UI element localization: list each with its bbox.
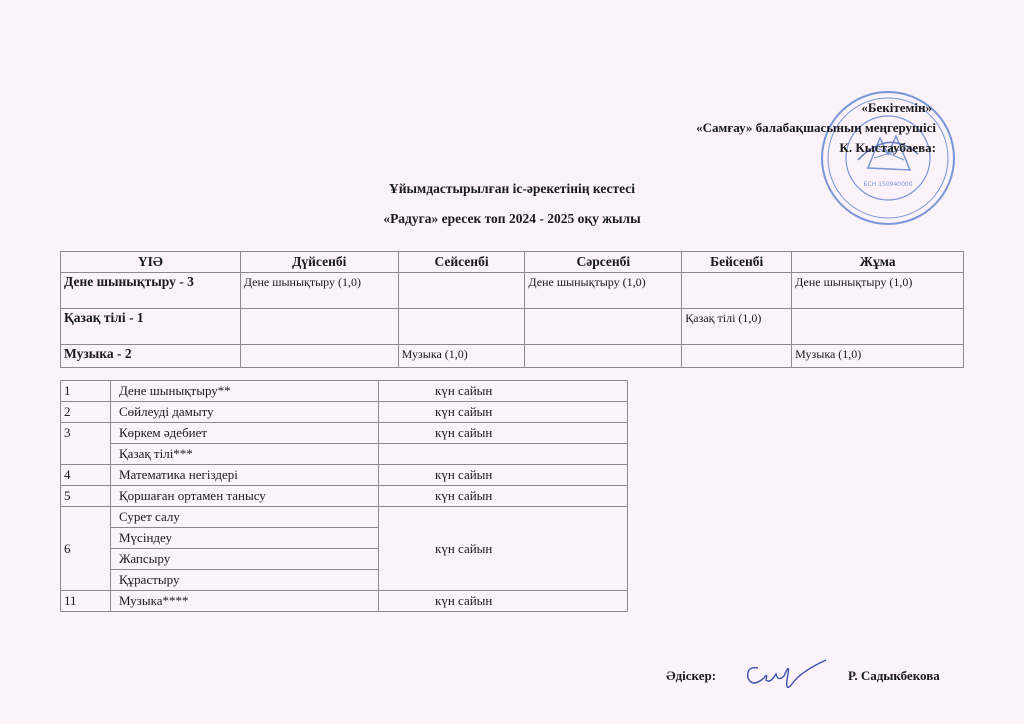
table-header-row: ҮІӘ Дүйсенбі Сейсенбі Сәрсенбі Бейсенбі … [61, 252, 964, 273]
signer-name: Р. Садыкбекова [848, 668, 940, 684]
table-row: 3 Көркем әдебиет күн сайын [61, 423, 628, 444]
header-thursday: Бейсенбі [682, 252, 792, 273]
row-number: 4 [61, 465, 111, 486]
table-row: Қазақ тілі*** [61, 444, 628, 465]
row-number: 11 [61, 591, 111, 612]
table-row: 6 Сурет салу күн сайын [61, 507, 628, 528]
schedule-cell [525, 309, 682, 345]
activity-name: Сөйлеуді дамыту [111, 402, 379, 423]
activity-name: Көркем әдебиет [111, 423, 379, 444]
activity-frequency: күн сайын [379, 402, 628, 423]
table-row: 5 Қоршаған ортамен танысу күн сайын [61, 486, 628, 507]
activity-frequency [379, 444, 628, 465]
header-wednesday: Сәрсенбі [525, 252, 682, 273]
schedule-cell [682, 273, 792, 309]
schedule-cell [525, 345, 682, 368]
schedule-cell: Дене шынықтыру (1,0) [525, 273, 682, 309]
weekly-schedule-table: ҮІӘ Дүйсенбі Сейсенбі Сәрсенбі Бейсенбі … [60, 251, 964, 368]
approval-position: «Самғау» балабақшасының меңгерушісі [696, 118, 936, 138]
activity-name: Музыка**** [111, 591, 379, 612]
activity-name: Математика негіздері [111, 465, 379, 486]
row-number: 6 [61, 507, 111, 591]
activity-frequency: күн сайын [379, 591, 628, 612]
title-line-2: «Радуга» ересек топ 2024 - 2025 оқу жылы [0, 204, 1024, 234]
table-row: 2 Сөйлеуді дамыту күн сайын [61, 402, 628, 423]
header-monday: Дүйсенбі [240, 252, 398, 273]
table-row: 11 Музыка**** күн сайын [61, 591, 628, 612]
schedule-cell [240, 345, 398, 368]
schedule-cell [398, 273, 525, 309]
subject-cell: Музыка - 2 [61, 345, 241, 368]
header-friday: Жұма [792, 252, 964, 273]
subject-cell: Дене шынықтыру - 3 [61, 273, 241, 309]
table-row: Дене шынықтыру - 3 Дене шынықтыру (1,0) … [61, 273, 964, 309]
title-line-1: Ұйымдастырылған іс-әрекетінің кестесі [0, 174, 1024, 204]
activities-table: 1 Дене шынықтыру** күн сайын 2 Сөйлеуді … [60, 380, 628, 612]
schedule-cell: Дене шынықтыру (1,0) [792, 273, 964, 309]
approval-block: «Бекітемін» «Самғау» балабақшасының меңг… [696, 98, 936, 158]
activity-name: Қазақ тілі*** [111, 444, 379, 465]
table-row: Қазақ тілі - 1 Қазақ тілі (1,0) [61, 309, 964, 345]
table-row: Музыка - 2 Музыка (1,0) Музыка (1,0) [61, 345, 964, 368]
activity-name: Жапсыру [111, 549, 379, 570]
approval-name: К. Кыстаубаева: [696, 138, 936, 158]
activity-frequency: күн сайын [379, 507, 628, 591]
schedule-cell [398, 309, 525, 345]
activity-frequency: күн сайын [379, 465, 628, 486]
header-tuesday: Сейсенбі [398, 252, 525, 273]
row-number: 1 [61, 381, 111, 402]
row-number: 3 [61, 423, 111, 465]
activity-name: Қоршаған ортамен танысу [111, 486, 379, 507]
activity-name: Сурет салу [111, 507, 379, 528]
row-number: 2 [61, 402, 111, 423]
schedule-cell: Музыка (1,0) [792, 345, 964, 368]
header-subject: ҮІӘ [61, 252, 241, 273]
schedule-cell [240, 309, 398, 345]
activity-name: Мүсіндеу [111, 528, 379, 549]
activity-name: Құрастыру [111, 570, 379, 591]
handwritten-signature-icon [738, 654, 828, 694]
schedule-cell: Дене шынықтыру (1,0) [240, 273, 398, 309]
schedule-cell [682, 345, 792, 368]
signer-role: Әдіскер: [666, 668, 716, 684]
activity-frequency: күн сайын [379, 423, 628, 444]
row-number: 5 [61, 486, 111, 507]
approval-heading: «Бекітемін» [696, 98, 932, 118]
table-row: 1 Дене шынықтыру** күн сайын [61, 381, 628, 402]
schedule-cell [792, 309, 964, 345]
document-title: Ұйымдастырылған іс-әрекетінің кестесі «Р… [0, 174, 1024, 234]
activity-name: Дене шынықтыру** [111, 381, 379, 402]
table-row: 4 Математика негіздері күн сайын [61, 465, 628, 486]
activity-frequency: күн сайын [379, 381, 628, 402]
subject-cell: Қазақ тілі - 1 [61, 309, 241, 345]
activity-frequency: күн сайын [379, 486, 628, 507]
schedule-cell: Қазақ тілі (1,0) [682, 309, 792, 345]
schedule-cell: Музыка (1,0) [398, 345, 525, 368]
